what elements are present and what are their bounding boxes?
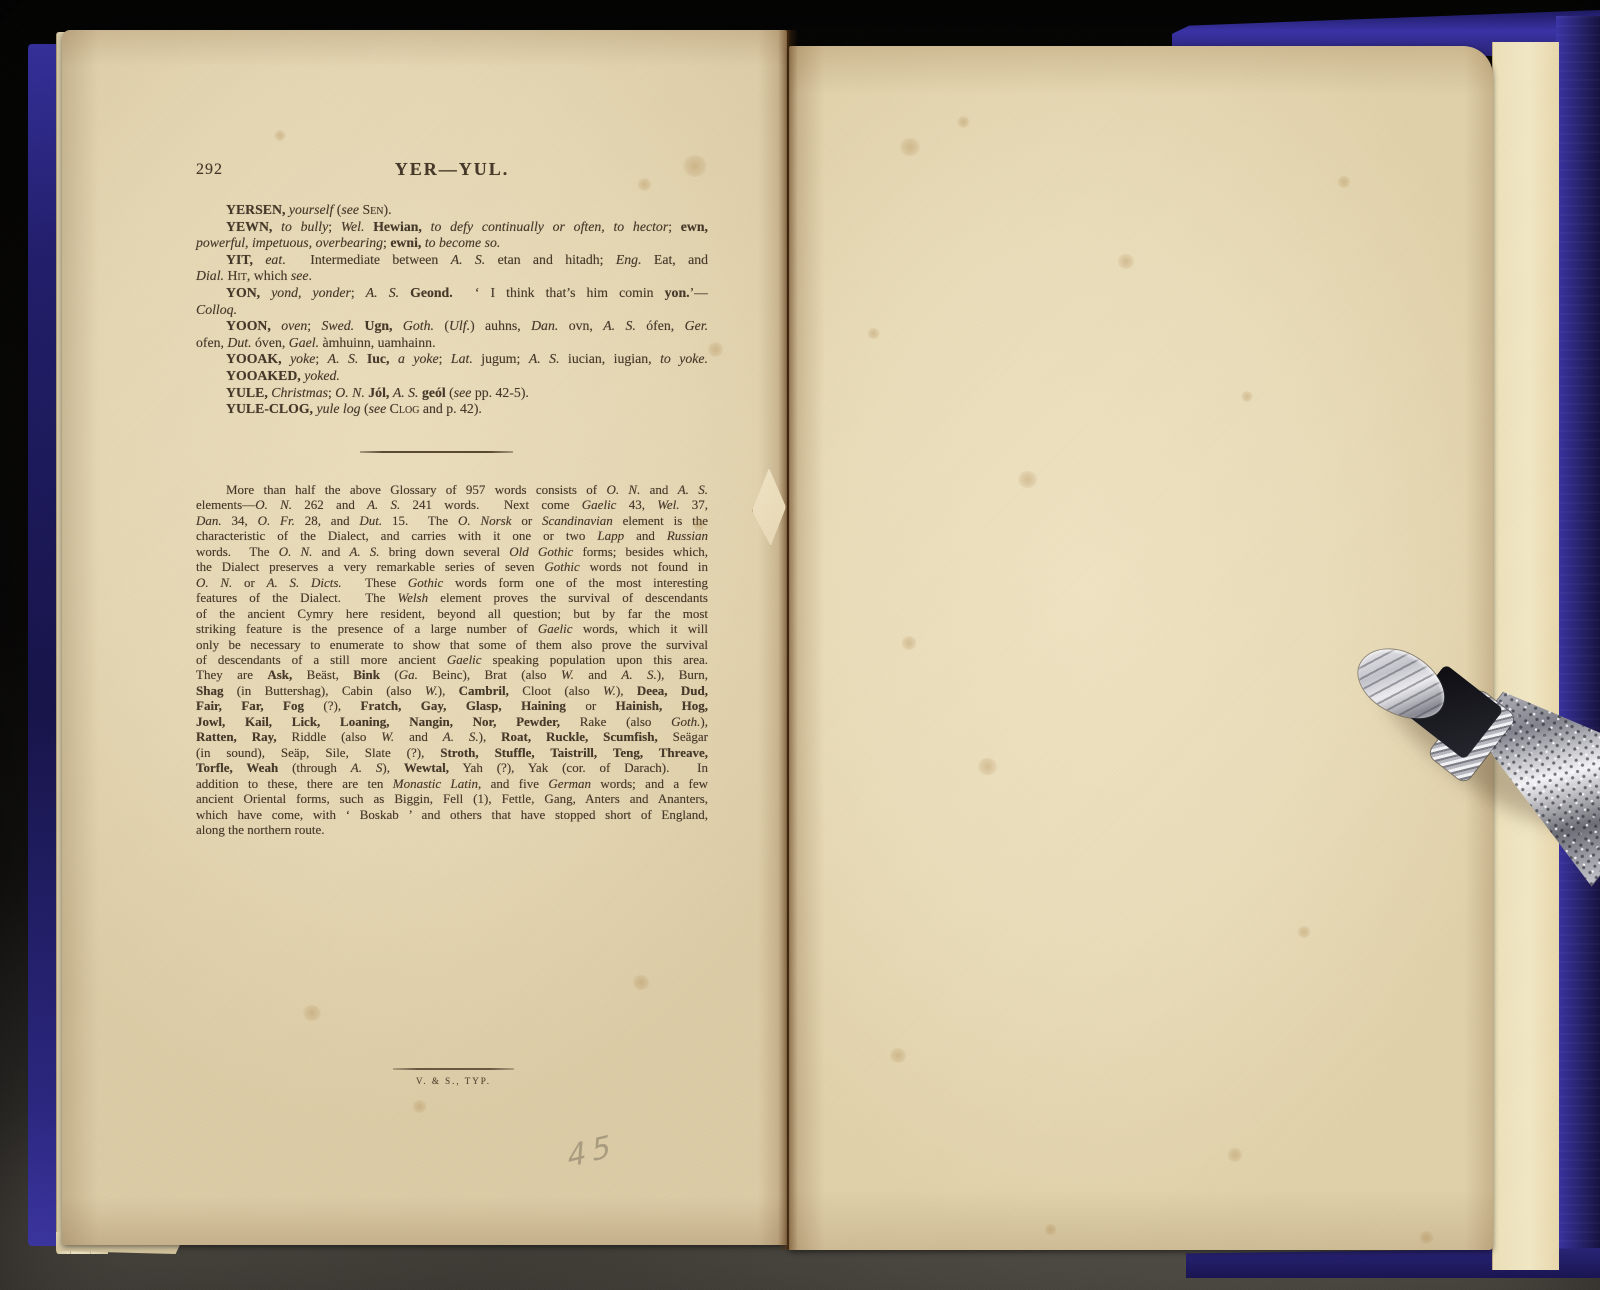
text-line: only be necessary to enumerate to show t… bbox=[196, 637, 708, 652]
foxing-spot bbox=[1017, 471, 1038, 488]
text-line: which have come, with ‘ Boskab ’ and oth… bbox=[196, 807, 708, 822]
text-line: YULE, Christmas; O. N. Jól, A. S. geól (… bbox=[196, 385, 708, 402]
text-line: of the ancient Cymry here resident, beyo… bbox=[196, 606, 708, 621]
left-page: 292 YER—YUL. YERSEN, yourself (see Sen).… bbox=[62, 30, 787, 1245]
glossary-entries: YERSEN, yourself (see Sen).YEWN, to bull… bbox=[196, 202, 708, 418]
imprint-rule bbox=[393, 1068, 514, 1070]
foxing-spot bbox=[1241, 391, 1253, 402]
book-cover-left-edge bbox=[28, 44, 58, 1246]
foxing-spot bbox=[1227, 1148, 1243, 1162]
text-line: the Dialect preserves a very remarkable … bbox=[196, 559, 708, 574]
text-line: More than half the above Glossary of 957… bbox=[196, 482, 708, 497]
text-line: They are Ask, Beäst, Bink (Ga. Beinc), B… bbox=[196, 667, 708, 682]
text-line: YOON, oven; Swed. Ugn, Goth. (Ulf.) auhn… bbox=[196, 318, 708, 335]
text-line: YOOAKED, yoked. bbox=[196, 368, 708, 385]
text-line: YULE-CLOG, yule log (see Clog and p. 42)… bbox=[196, 401, 708, 418]
foxing-spot bbox=[1337, 176, 1351, 188]
text-line: Dial. Hit, which see. bbox=[196, 268, 708, 285]
foxing-spot bbox=[957, 116, 970, 128]
section-rule bbox=[360, 451, 513, 453]
text-line: striking feature is the presence of a la… bbox=[196, 621, 708, 636]
pencil-annotation: 45 bbox=[566, 1128, 618, 1175]
foxing-spot bbox=[1297, 926, 1311, 938]
text-line: Torfle, Weah (through A. S), Wewtal, Yah… bbox=[196, 760, 708, 775]
text-line: YERSEN, yourself (see Sen). bbox=[196, 202, 708, 219]
photo-background: 292 YER—YUL. YERSEN, yourself (see Sen).… bbox=[0, 0, 1600, 1290]
foxing-spot bbox=[889, 1048, 907, 1063]
summary-paragraph: More than half the above Glossary of 957… bbox=[196, 482, 708, 837]
text-line: words. The O. N. and A. S. bring down se… bbox=[196, 544, 708, 559]
foxing-spot bbox=[901, 636, 917, 650]
text-line: characteristic of the Dialect, and carri… bbox=[196, 528, 708, 543]
foxing-spot bbox=[1044, 1224, 1057, 1235]
foxing-spot bbox=[977, 758, 998, 775]
text-line: YEWN, to bully; Wel. Hewian, to defy con… bbox=[196, 219, 708, 236]
text-line: addition to these, there are ten Monasti… bbox=[196, 776, 708, 791]
text-line: Colloq. bbox=[196, 302, 708, 319]
text-line: Shag (in Buttershag), Cabin (also W.), C… bbox=[196, 683, 708, 698]
bookmark-clip bbox=[1322, 628, 1600, 888]
foxing-spot bbox=[1419, 1231, 1434, 1244]
running-head: YER—YUL. bbox=[196, 159, 708, 180]
text-line: ofen, Dut. óven, Gael. àmhuinn, uamhainn… bbox=[196, 335, 708, 352]
foxing-spot bbox=[867, 328, 880, 339]
book-gutter bbox=[778, 30, 798, 1250]
foxing-spot bbox=[302, 1005, 322, 1021]
text-line: YOOAK, yoke; A. S. Iuc, a yoke; Lat. jug… bbox=[196, 351, 708, 368]
foxing-spot bbox=[1117, 254, 1135, 269]
printer-imprint: V. & S., TYP. bbox=[393, 1076, 514, 1086]
text-line: Fair, Far, Fog (?), Fratch, Gay, Glasp, … bbox=[196, 698, 708, 713]
text-line: YIT, eat. Intermediate between A. S. eta… bbox=[196, 252, 708, 269]
text-line: O. N. or A. S. Dicts. These Gothic words… bbox=[196, 575, 708, 590]
text-line: Ratten, Ray, Riddle (also W. and A. S.),… bbox=[196, 729, 708, 744]
text-line: Dan. 34, O. Fr. 28, and Dut. 15. The O. … bbox=[196, 513, 708, 528]
text-line: ancient Oriental forms, such as Biggin, … bbox=[196, 791, 708, 806]
text-line: of descendants of a still more ancient G… bbox=[196, 652, 708, 667]
foxing-spot bbox=[412, 1100, 427, 1113]
text-line: Jowl, Kail, Lick, Loaning, Nangin, Nor, … bbox=[196, 714, 708, 729]
foxing-spot bbox=[707, 342, 724, 357]
text-line: powerful, impetuous, overbearing; ewni, … bbox=[196, 235, 708, 252]
text-line: elements—O. N. 262 and A. S. 241 words. … bbox=[196, 497, 708, 512]
text-line: along the northern route. bbox=[196, 822, 708, 837]
foxing-spot bbox=[899, 138, 921, 156]
foxing-spot bbox=[274, 130, 286, 141]
text-line: (in sound), Seäp, Sile, Slate (?), Strot… bbox=[196, 745, 708, 760]
foxing-spot bbox=[632, 975, 650, 990]
text-line: YON, yond, yonder; A. S. Geond. ‘ I thin… bbox=[196, 285, 708, 302]
text-line: features of the Dialect. The Welsh eleme… bbox=[196, 590, 708, 605]
